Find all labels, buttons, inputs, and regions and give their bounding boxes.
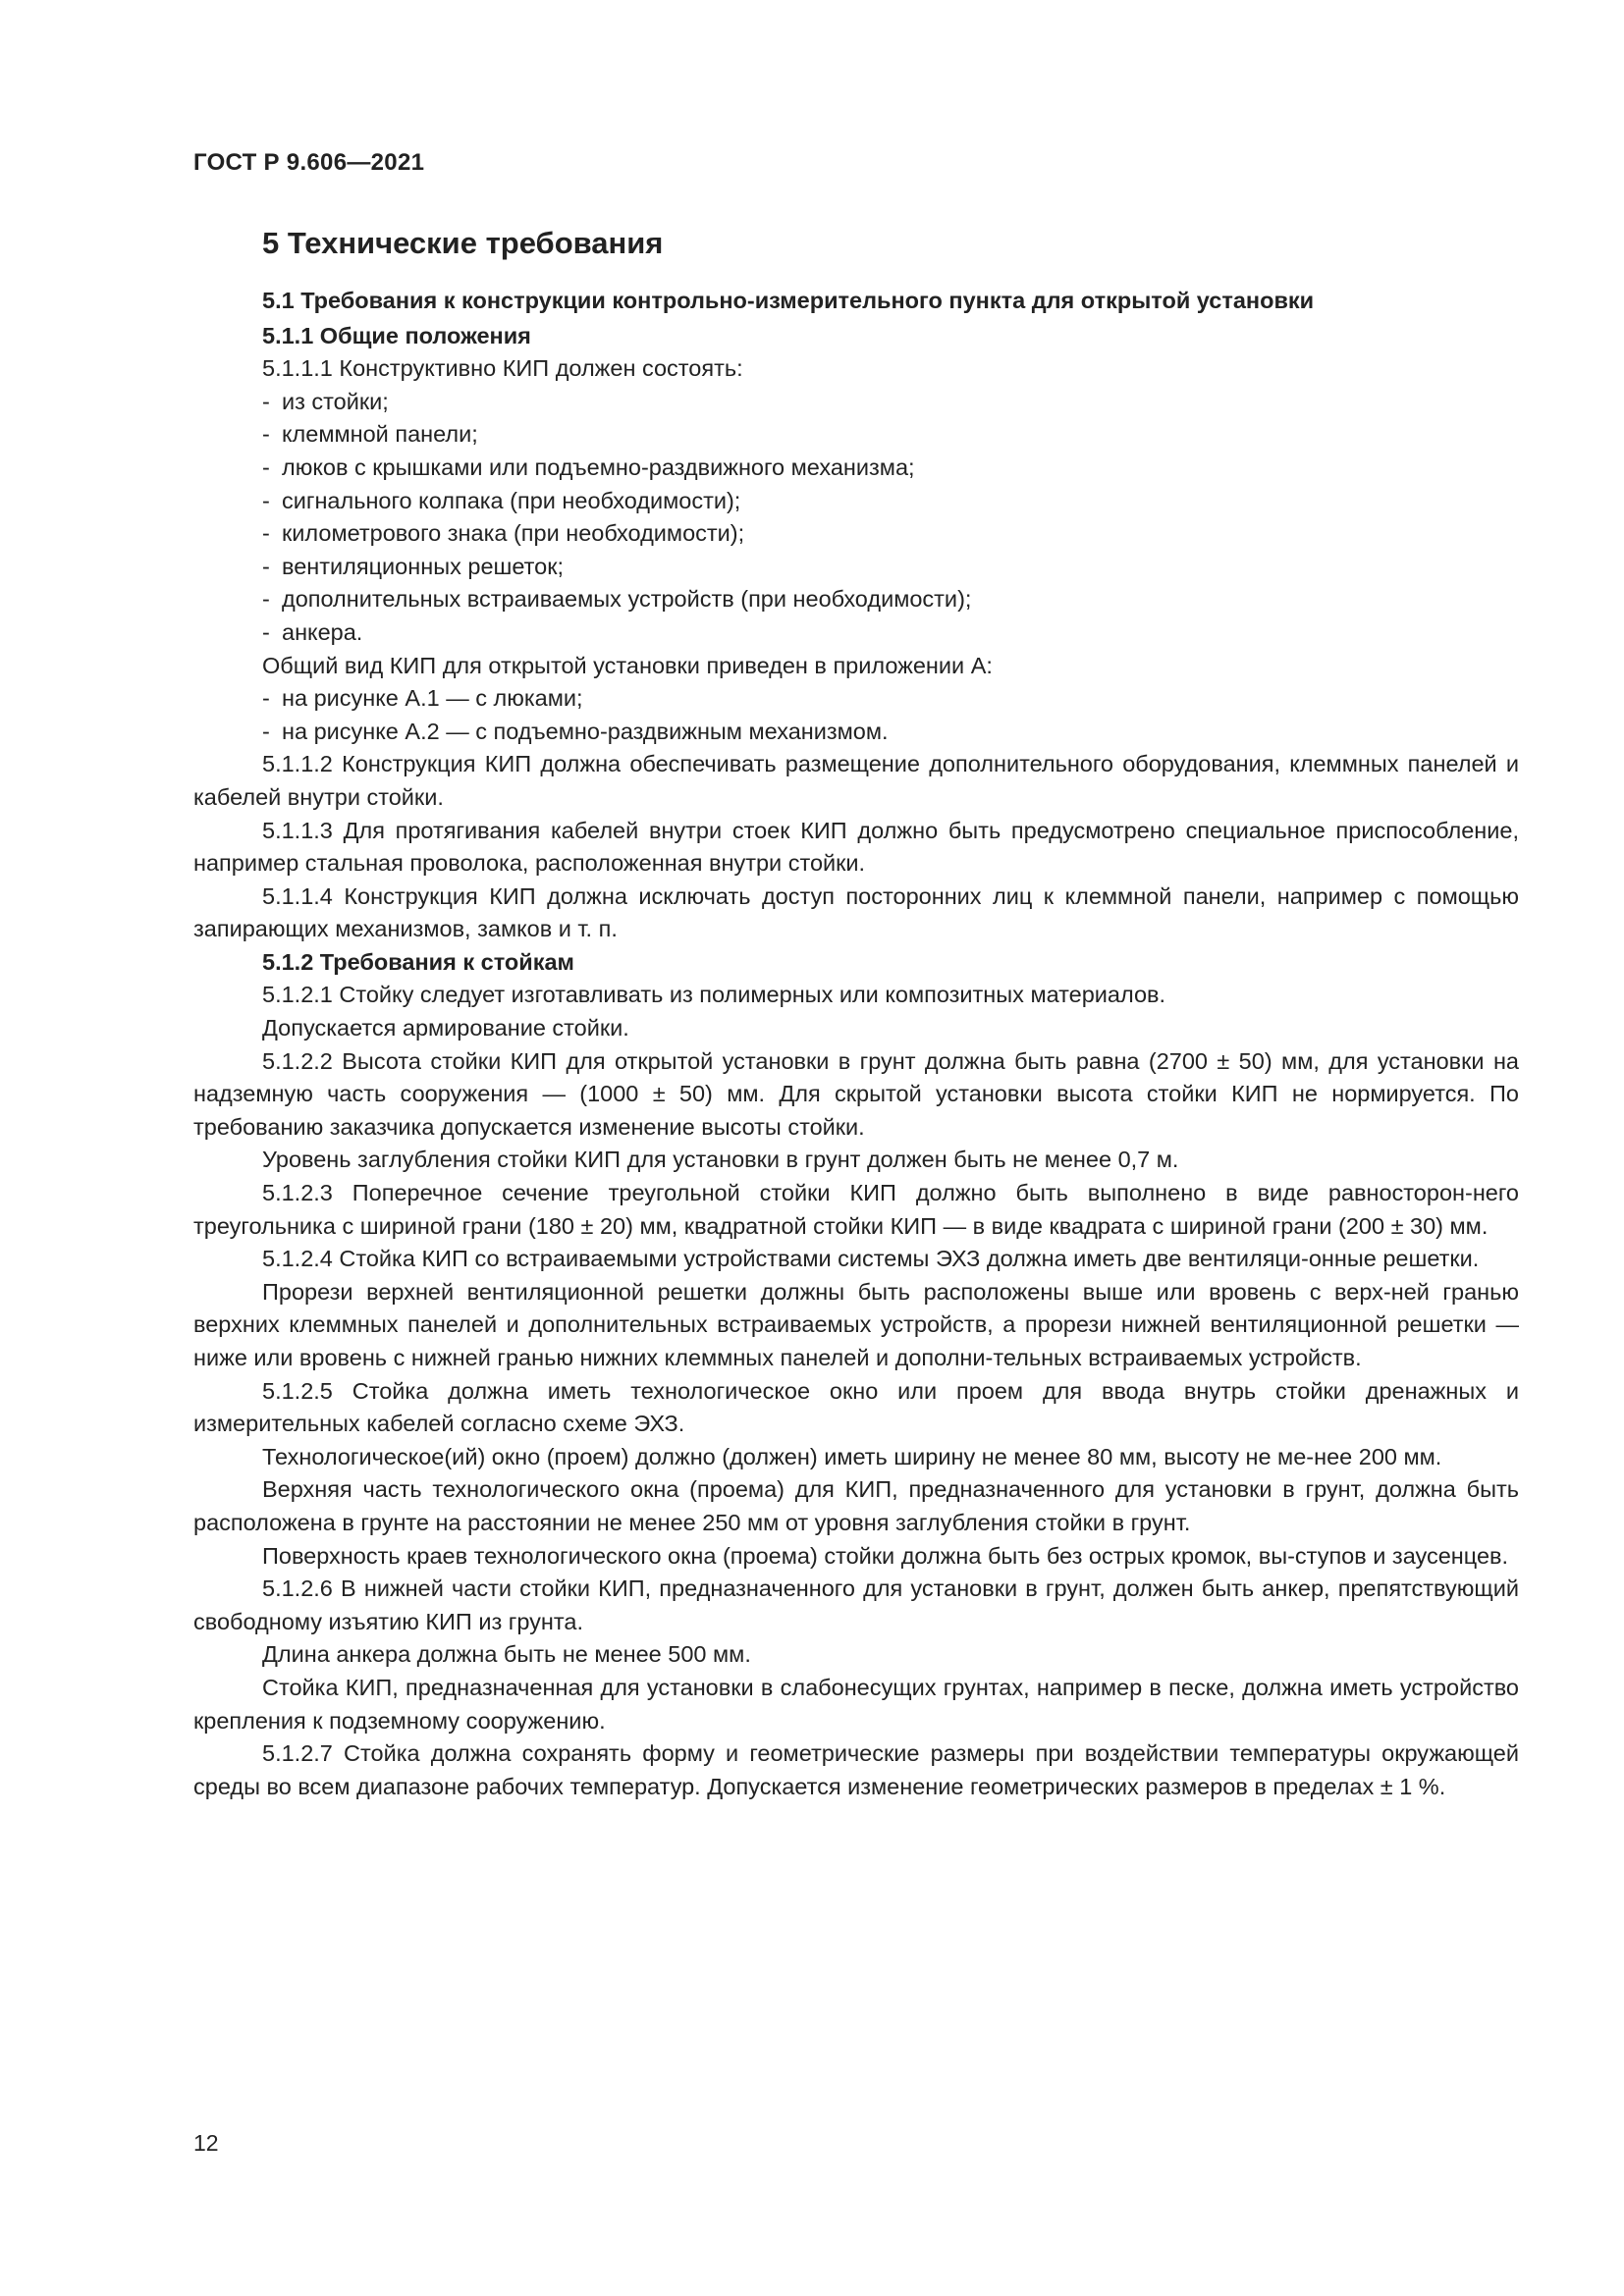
list-item: -из стойки; xyxy=(193,386,1519,419)
paragraph: 5.1.2.3 Поперечное сечение треугольной с… xyxy=(193,1177,1519,1243)
list-item: -клеммной панели; xyxy=(193,418,1519,452)
list-item: -дополнительных встраиваемых устройств (… xyxy=(193,583,1519,616)
paragraph: Уровень заглубления стойки КИП для устан… xyxy=(193,1144,1519,1177)
paragraph: 5.1.2.4 Стойка КИП со встраиваемыми устр… xyxy=(193,1243,1519,1276)
paragraph: 5.1.2.5 Стойка должна иметь технологичес… xyxy=(193,1375,1519,1441)
list-item: -анкера. xyxy=(193,616,1519,650)
paragraph: 5.1.1.2 Конструкция КИП должна обеспечив… xyxy=(193,748,1519,814)
paragraph: 5.1.2.1 Стойку следует изготавливать из … xyxy=(193,979,1519,1012)
list-item: -сигнального колпака (при необходимости)… xyxy=(193,485,1519,518)
paragraph: 5.1.2.7 Стойка должна сохранять форму и … xyxy=(193,1737,1519,1803)
paragraph: Стойка КИП, предназначенная для установк… xyxy=(193,1672,1519,1737)
subsection-5-1-1-title: 5.1.1 Общие положения xyxy=(193,320,1519,353)
paragraph: Поверхность краев технологического окна … xyxy=(193,1540,1519,1574)
paragraph: 5.1.1.4 Конструкция КИП должна исключать… xyxy=(193,881,1519,946)
list-item: -на рисунке А.1 — с люками; xyxy=(193,682,1519,716)
list-item: -вентиляционных решеток; xyxy=(193,551,1519,584)
paragraph: Допускается армирование стойки. xyxy=(193,1012,1519,1045)
page-body: 5.1 Требования к конструкции контрольно-… xyxy=(193,285,1519,1803)
paragraph: Верхняя часть технологического окна (про… xyxy=(193,1473,1519,1539)
paragraph: Технологическое(ий) окно (проем) должно … xyxy=(193,1441,1519,1474)
list-item: -километрового знака (при необходимости)… xyxy=(193,517,1519,551)
list-item: -на рисунке А.2 — с подъемно-раздвижным … xyxy=(193,716,1519,749)
paragraph: Прорези верхней вентиляционной решетки д… xyxy=(193,1276,1519,1375)
paragraph: 5.1.2.6 В нижней части стойки КИП, предн… xyxy=(193,1573,1519,1638)
subsection-5-1-2-title: 5.1.2 Требования к стойкам xyxy=(193,946,1519,980)
paragraph: 5.1.1.3 Для протягивания кабелей внутри … xyxy=(193,815,1519,881)
paragraph: Длина анкера должна быть не менее 500 мм… xyxy=(193,1638,1519,1672)
section-title: 5 Технические требования xyxy=(262,226,663,261)
list-item: -люков с крышками или подъемно-раздвижно… xyxy=(193,452,1519,485)
subsection-5-1-title: 5.1 Требования к конструкции контрольно-… xyxy=(193,285,1519,318)
document-id-header: ГОСТ Р 9.606—2021 xyxy=(193,149,424,177)
paragraph: Общий вид КИП для открытой установки при… xyxy=(193,650,1519,683)
paragraph: 5.1.1.1 Конструктивно КИП должен состоят… xyxy=(193,352,1519,386)
paragraph: 5.1.2.2 Высота стойки КИП для открытой у… xyxy=(193,1045,1519,1145)
page-number: 12 xyxy=(193,2130,219,2157)
